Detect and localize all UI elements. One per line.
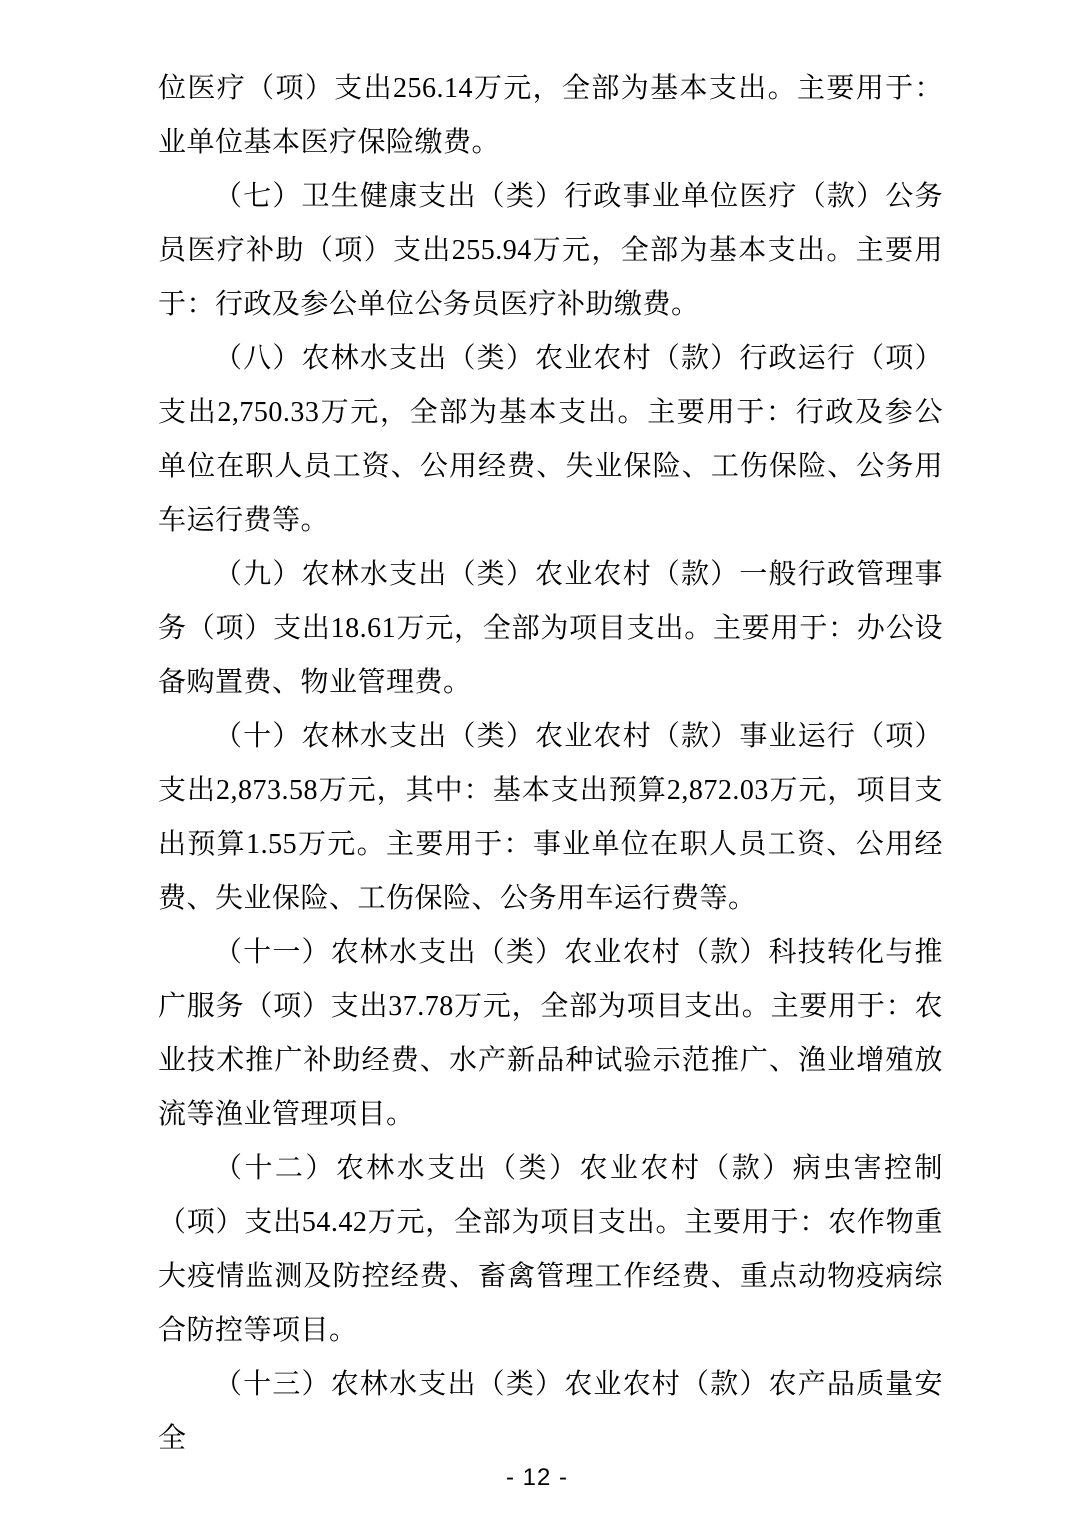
document-body: 位医疗（项）支出256.14万元，全部为基本支出。主要用于：业单位基本医疗保险缴… (158, 62, 943, 1466)
paragraph-item-9: （九）农林水支出（类）农业农村（款）一般行政管理事务（项）支出18.61万元，全… (158, 548, 943, 710)
document-page: 位医疗（项）支出256.14万元，全部为基本支出。主要用于：业单位基本医疗保险缴… (0, 0, 1074, 1520)
paragraph-item-12: （十二）农林水支出（类）农业农村（款）病虫害控制（项）支出54.42万元，全部为… (158, 1142, 943, 1358)
paragraph-item-10: （十）农林水支出（类）农业农村（款）事业运行（项）支出2,873.58万元，其中… (158, 710, 943, 926)
paragraph-continuation: 位医疗（项）支出256.14万元，全部为基本支出。主要用于：业单位基本医疗保险缴… (158, 62, 943, 170)
paragraph-item-13: （十三）农林水支出（类）农业农村（款）农产品质量安全 (158, 1358, 943, 1466)
paragraph-item-7: （七）卫生健康支出（类）行政事业单位医疗（款）公务员医疗补助（项）支出255.9… (158, 170, 943, 332)
paragraph-item-11: （十一）农林水支出（类）农业农村（款）科技转化与推广服务（项）支出37.78万元… (158, 926, 943, 1142)
page-number: - 12 - (0, 1464, 1074, 1504)
paragraph-item-8: （八）农林水支出（类）农业农村（款）行政运行（项）支出2,750.33万元，全部… (158, 332, 943, 548)
